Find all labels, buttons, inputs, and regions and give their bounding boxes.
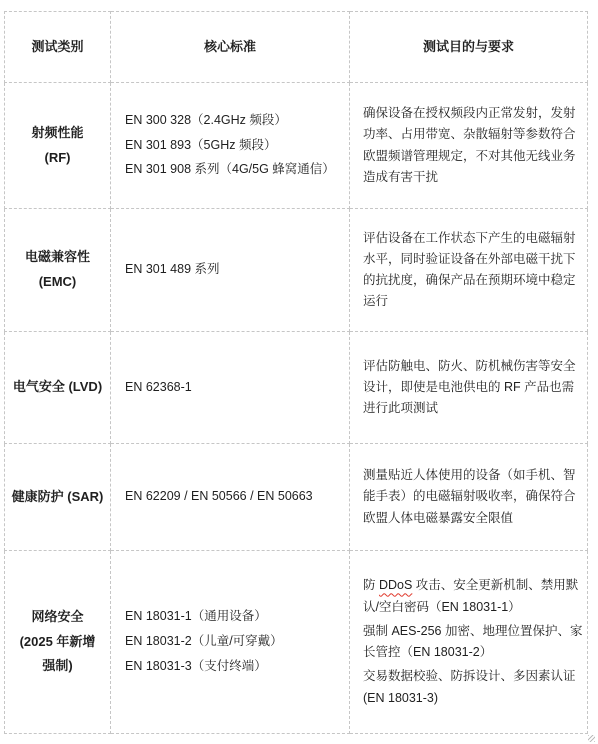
cell-category-network-security: 网络安全 (2025 年新增 强制) [5, 551, 111, 734]
category-line: 健康防护 (SAR) [8, 485, 107, 510]
category-line: 网络安全 [8, 605, 107, 630]
standard-item: EN 300 328（2.4GHz 频段） [125, 110, 345, 132]
table-row-sar: 健康防护 (SAR) EN 62209 / EN 50566 / EN 5066… [5, 444, 588, 551]
standard-item: EN 18031-2（儿童/可穿戴） [125, 631, 345, 653]
purpose-paragraph: 强制 AES-256 加密、地理位置保护、家长管控（EN 18031-2） [363, 621, 584, 664]
certification-table: 测试类别 核心标准 测试目的与要求 射频性能 (RF) EN 300 328（2… [4, 11, 588, 734]
category-line: 射频性能 [8, 121, 107, 146]
cell-purpose-rf: 确保设备在授权频段内正常发射，发射功率、占用带宽、杂散辐射等参数符合欧盟频谱管理… [350, 83, 588, 209]
spellcheck-flagged-word: DDoS [379, 578, 412, 592]
cell-category-rf: 射频性能 (RF) [5, 83, 111, 209]
standard-item: EN 62368-1 [125, 377, 345, 399]
purpose-text: 防 [363, 578, 379, 592]
purpose-paragraph: 评估设备在工作状态下产生的电磁辐射水平，同时验证设备在外部电磁干扰下的抗扰度，确… [363, 228, 584, 313]
cell-category-lvd: 电气安全 (LVD) [5, 332, 111, 444]
purpose-paragraph: 确保设备在授权频段内正常发射，发射功率、占用带宽、杂散辐射等参数符合欧盟频谱管理… [363, 103, 584, 188]
purpose-paragraph: 防 DDoS 攻击、安全更新机制、禁用默认/空白密码（EN 18031-1） [363, 575, 584, 618]
cell-standards-sar: EN 62209 / EN 50566 / EN 50663 [111, 444, 350, 551]
cell-purpose-emc: 评估设备在工作状态下产生的电磁辐射水平，同时验证设备在外部电磁干扰下的抗扰度，确… [350, 209, 588, 332]
category-line: 强制) [8, 654, 107, 679]
standard-item: EN 18031-1（通用设备） [125, 606, 345, 628]
table-row-lvd: 电气安全 (LVD) EN 62368-1 评估防触电、防火、防机械伤害等安全设… [5, 332, 588, 444]
standard-item: EN 301 489 系列 [125, 259, 345, 281]
table-row-network-security: 网络安全 (2025 年新增 强制) EN 18031-1（通用设备） EN 1… [5, 551, 588, 734]
standard-item: EN 18031-3（支付终端） [125, 656, 345, 678]
category-line: (RF) [8, 146, 107, 171]
purpose-paragraph: 交易数据校验、防拆设计、多因素认证 (EN 18031-3) [363, 666, 584, 709]
purpose-paragraph: 评估防触电、防火、防机械伤害等安全设计，即使是电池供电的 RF 产品也需进行此项… [363, 356, 584, 420]
cell-standards-rf: EN 300 328（2.4GHz 频段） EN 301 893（5GHz 频段… [111, 83, 350, 209]
cell-standards-lvd: EN 62368-1 [111, 332, 350, 444]
table-row-rf: 射频性能 (RF) EN 300 328（2.4GHz 频段） EN 301 8… [5, 83, 588, 209]
standard-item: EN 62209 / EN 50566 / EN 50663 [125, 486, 345, 508]
standard-item: EN 301 908 系列（4G/5G 蜂窝通信） [125, 159, 345, 181]
document-page: 测试类别 核心标准 测试目的与要求 射频性能 (RF) EN 300 328（2… [0, 0, 598, 744]
header-core-standards: 核心标准 [111, 12, 350, 83]
category-line: (2025 年新增 [8, 630, 107, 655]
category-line: (EMC) [8, 270, 107, 295]
purpose-paragraph: 测量贴近人体使用的设备（如手机、智能手表）的电磁辐射吸收率，确保符合欧盟人体电磁… [363, 465, 584, 529]
standard-item: EN 301 893（5GHz 频段） [125, 135, 345, 157]
cell-purpose-network-security: 防 DDoS 攻击、安全更新机制、禁用默认/空白密码（EN 18031-1） 强… [350, 551, 588, 734]
category-line: 电气安全 (LVD) [8, 375, 107, 400]
cell-purpose-lvd: 评估防触电、防火、防机械伤害等安全设计，即使是电池供电的 RF 产品也需进行此项… [350, 332, 588, 444]
cell-purpose-sar: 测量贴近人体使用的设备（如手机、智能手表）的电磁辐射吸收率，确保符合欧盟人体电磁… [350, 444, 588, 551]
header-test-purpose: 测试目的与要求 [350, 12, 588, 83]
table-header-row: 测试类别 核心标准 测试目的与要求 [5, 12, 588, 83]
table-row-emc: 电磁兼容性 (EMC) EN 301 489 系列 评估设备在工作状态下产生的电… [5, 209, 588, 332]
cell-category-sar: 健康防护 (SAR) [5, 444, 111, 551]
cell-category-emc: 电磁兼容性 (EMC) [5, 209, 111, 332]
category-line: 电磁兼容性 [8, 245, 107, 270]
cell-standards-emc: EN 301 489 系列 [111, 209, 350, 332]
table-resize-handle-icon[interactable] [588, 735, 595, 742]
header-test-category: 测试类别 [5, 12, 111, 83]
cell-standards-network-security: EN 18031-1（通用设备） EN 18031-2（儿童/可穿戴） EN 1… [111, 551, 350, 734]
